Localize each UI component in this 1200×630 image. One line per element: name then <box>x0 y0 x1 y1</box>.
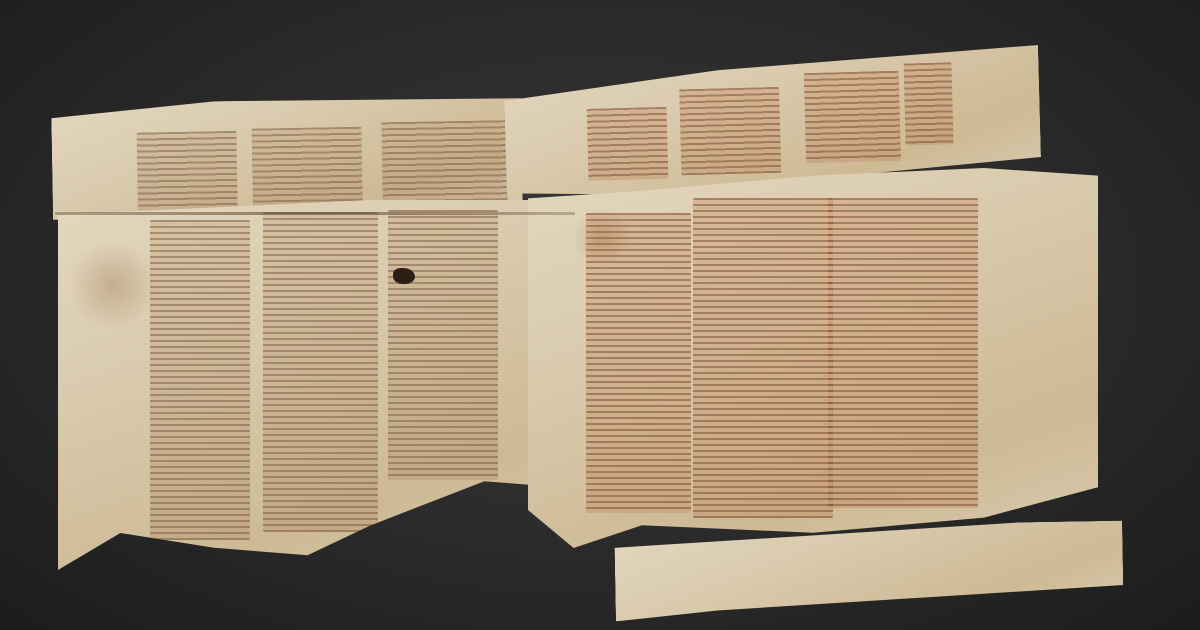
text-column <box>804 71 901 163</box>
stain <box>68 240 158 330</box>
text-column <box>251 127 362 209</box>
text-column <box>381 120 507 204</box>
text-column <box>904 62 954 145</box>
text-column <box>388 210 498 480</box>
parchment-lower-right-sheet <box>528 168 1098 548</box>
fold-line <box>55 212 575 215</box>
text-column <box>137 131 238 211</box>
ink-blot <box>393 268 415 284</box>
text-column <box>150 220 250 540</box>
text-column <box>587 107 669 181</box>
stain <box>573 208 633 268</box>
photo-scene: Ancient manuscript scroll fragments <box>0 0 1200 630</box>
text-column <box>828 198 978 508</box>
text-column <box>679 87 781 176</box>
parchment-lower-left-sheet <box>58 200 578 570</box>
text-column <box>693 198 833 518</box>
text-column <box>263 212 378 532</box>
parchment-bottom-strip <box>614 521 1124 622</box>
